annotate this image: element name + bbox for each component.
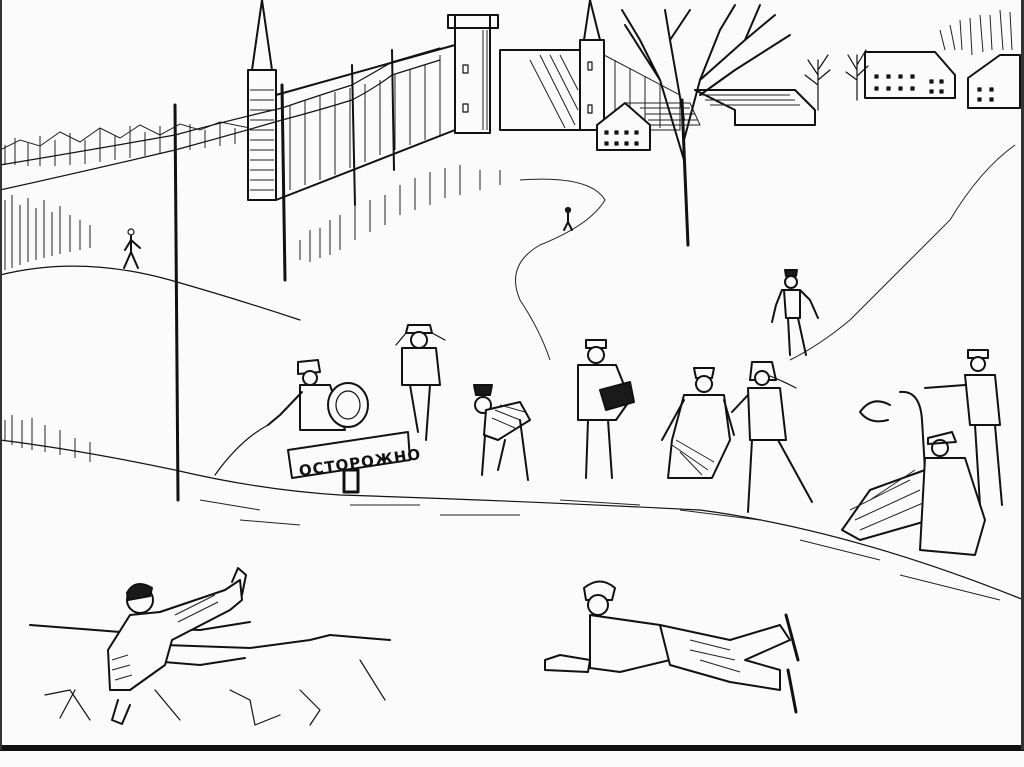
kremlin-wall — [276, 45, 580, 200]
distant-trees — [805, 50, 868, 110]
old-woman — [662, 368, 734, 478]
left-border — [0, 0, 2, 750]
distant-walker-left — [124, 229, 140, 268]
kremlin-spire-tower — [248, 0, 276, 200]
boy-with-earflap-hat — [396, 325, 445, 440]
hillside-shrubs — [5, 165, 500, 462]
power-poles — [0, 48, 440, 500]
bottom-border — [0, 745, 1024, 751]
man-in-coat — [578, 340, 634, 478]
square-tower — [448, 15, 498, 133]
warning-sign: ОСТОРОЖНО — [288, 432, 422, 492]
illustration-canvas: ОСТОРОЖНО — [0, 0, 1024, 767]
seated-women — [842, 392, 985, 555]
distant-walker-path — [564, 208, 572, 231]
winter-ice-scene: ОСТОРОЖНО — [0, 0, 1024, 767]
skater-lying-on-ice — [545, 582, 798, 713]
man-walking-down-path — [772, 270, 818, 355]
bending-boy — [474, 385, 530, 480]
boy-in-ice-hole — [30, 568, 390, 725]
girl-in-headscarf — [732, 362, 812, 512]
